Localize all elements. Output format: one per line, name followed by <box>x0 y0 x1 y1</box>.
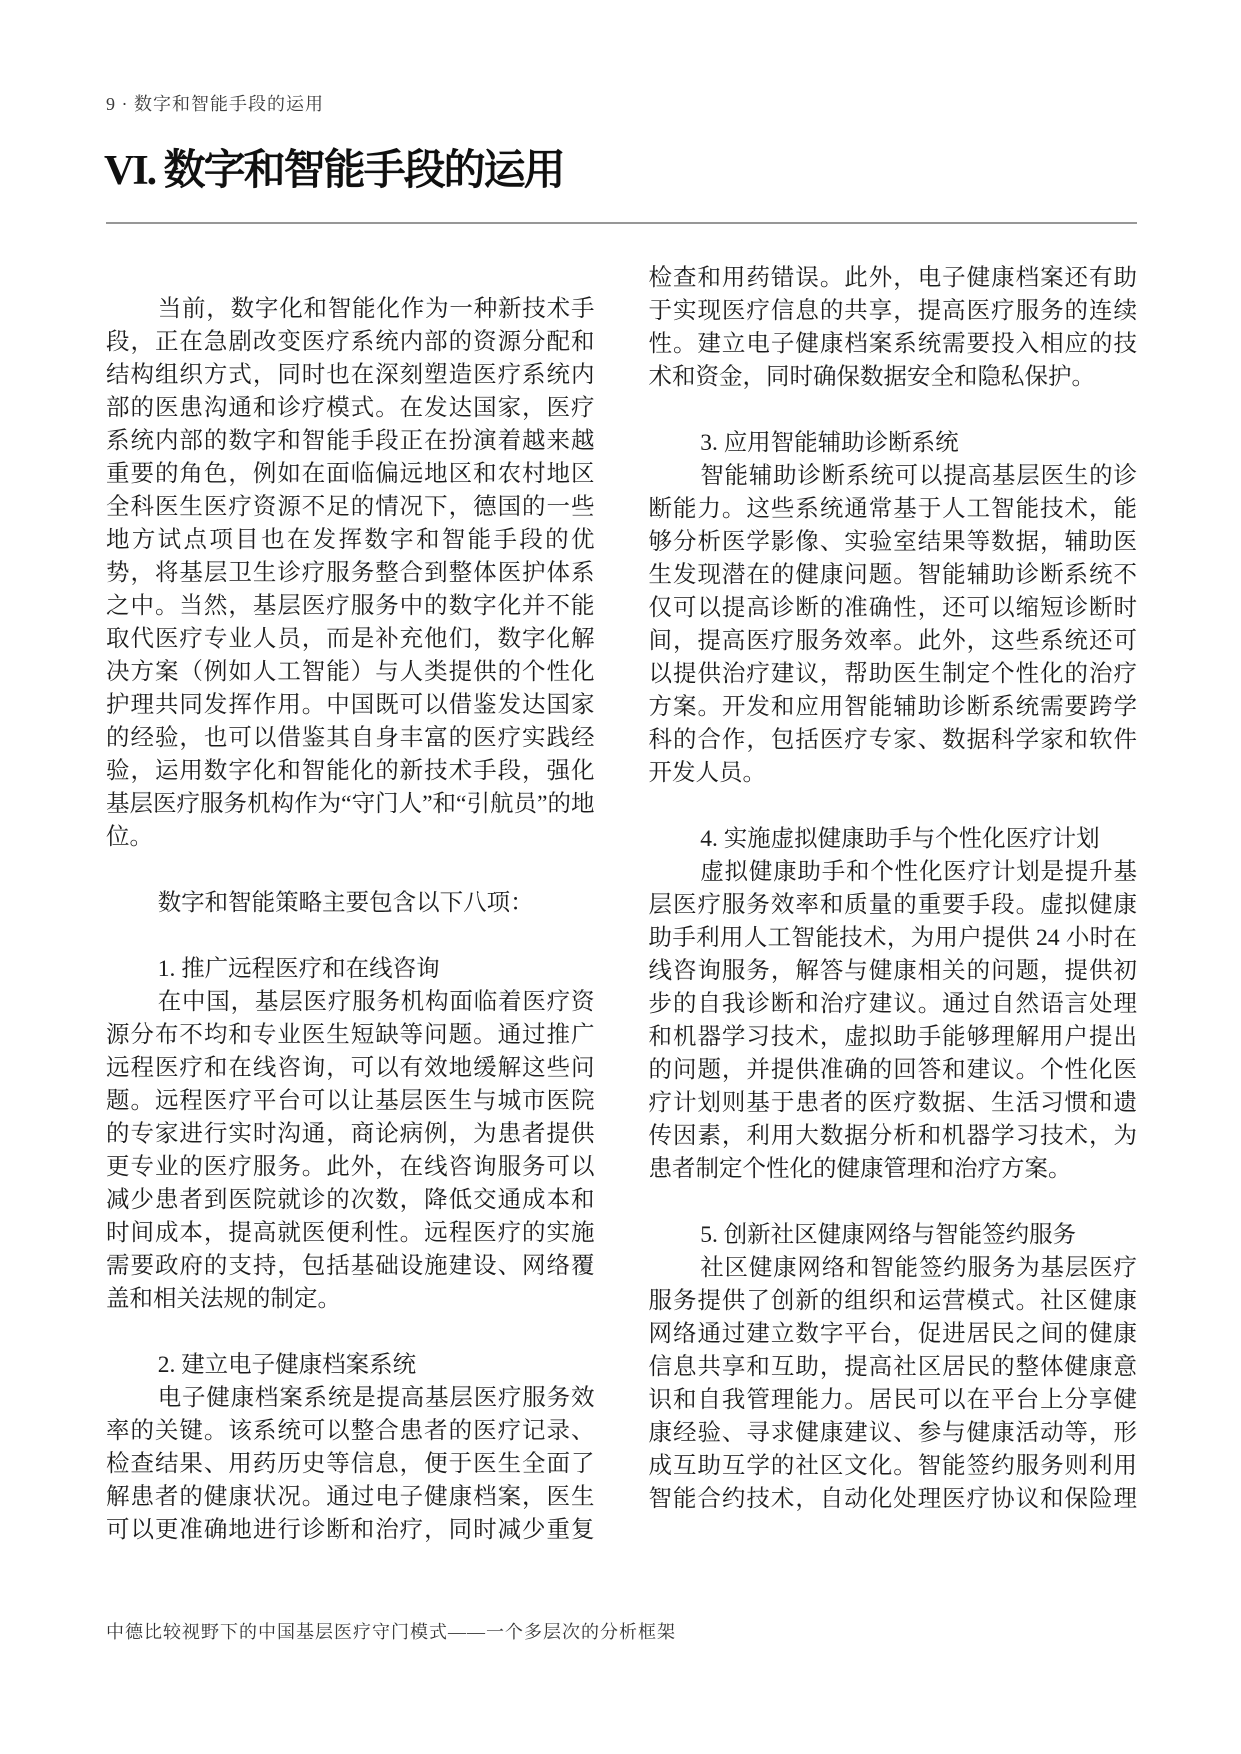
page-header-text: 9 · 数字和智能手段的运用 <box>106 94 324 114</box>
list-lead-paragraph: 数字和智能策略主要包含以下八项： <box>106 887 595 920</box>
section-3-body: 智能辅助诊断系统可以提高基层医生的诊断能力。这些系统通常基于人工智能技术，能够分… <box>649 460 1138 790</box>
section-4-body: 虚拟健康助手和个性化医疗计划是提升基层医疗服务效率和质量的重要手段。虚拟健康助手… <box>649 856 1138 1186</box>
section-4-heading: 4. 实施虚拟健康助手与个性化医疗计划 <box>649 823 1138 856</box>
section-5-heading: 5. 创新社区健康网络与智能签约服务 <box>649 1219 1138 1252</box>
page-header: 9 · 数字和智能手段的运用 <box>106 90 324 116</box>
title-rule <box>106 222 1137 224</box>
article-columns: 当前，数字化和智能化作为一种新技术手段，正在急剧改变医疗系统内部的资源分配和结构… <box>106 262 1137 1562</box>
column-top-spacer <box>106 262 595 293</box>
section-3-heading: 3. 应用智能辅助诊断系统 <box>649 427 1138 460</box>
page-footer: 中德比较视野下的中国基层医疗守门模式——一个多层次的分析框架 <box>106 1618 676 1644</box>
page-title: VI. 数字和智能手段的运用 <box>104 148 564 194</box>
intro-paragraph: 当前，数字化和智能化作为一种新技术手段，正在急剧改变医疗系统内部的资源分配和结构… <box>106 293 595 854</box>
section-2-heading: 2. 建立电子健康档案系统 <box>106 1349 595 1382</box>
document-page: 9 · 数字和智能手段的运用 VI. 数字和智能手段的运用 当前，数字化和智能化… <box>0 0 1241 1754</box>
section-1-heading: 1. 推广远程医疗和在线咨询 <box>106 953 595 986</box>
section-1-body: 在中国，基层医疗服务机构面临着医疗资源分布不均和专业医生短缺等问题。通过推广远程… <box>106 986 595 1316</box>
